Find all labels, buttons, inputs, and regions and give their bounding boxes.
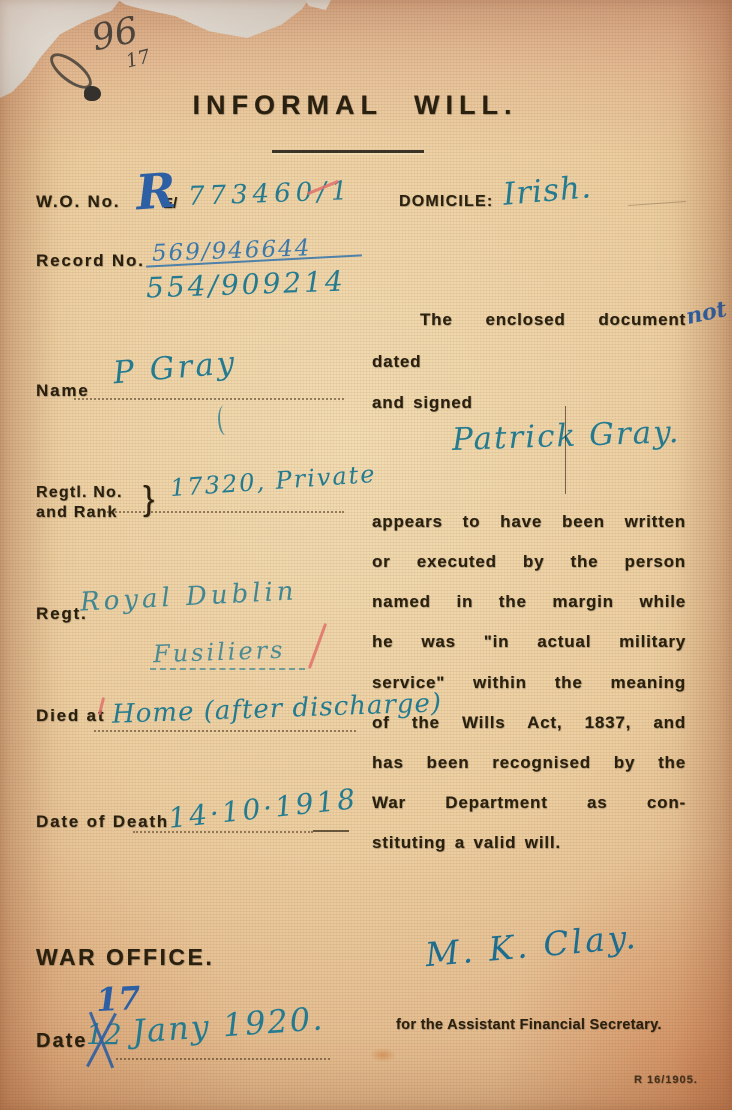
will-paragraph-line: he was "in actual military	[372, 632, 686, 652]
record-no-value: 554/909214	[145, 265, 346, 305]
wo-no-overwrite-letter: R	[134, 163, 178, 222]
pen-flourish	[216, 404, 234, 436]
not-annotation: not	[684, 296, 729, 330]
date-dotted-line	[116, 1058, 330, 1060]
domicile-label: DOMICILE:	[399, 193, 493, 211]
will-paragraph-line: has been recognised by the	[372, 753, 686, 773]
paper-stain	[370, 1048, 396, 1062]
date-of-death-solid-line	[313, 830, 349, 832]
name-dotted-line	[74, 398, 344, 400]
regt-underline	[150, 668, 305, 670]
war-office-heading: WAR OFFICE.	[36, 944, 214, 971]
will-paragraph-line: stituting a valid will.	[372, 833, 686, 853]
wo-no-value: 773460/1	[188, 176, 354, 212]
regtl-label-line1: Regtl. No.	[36, 484, 123, 501]
torn-paper-bit	[305, 0, 331, 10]
official-signature: M. K. Clay.	[424, 917, 640, 974]
regtl-label: Regtl. No. and Rank	[36, 483, 123, 523]
body-line-dated: dated	[372, 352, 686, 372]
page-title: INFORMAL WILL.	[0, 90, 710, 121]
date-of-death-dotted-line	[133, 831, 313, 833]
domicile-value: Irish.	[502, 169, 594, 213]
will-paragraph-line: or executed by the person	[372, 552, 686, 572]
vertical-crease	[565, 406, 566, 494]
will-paragraph-line: appears to have been written	[372, 512, 686, 532]
torn-paper-strip	[118, 0, 308, 40]
faint-pencil-line	[628, 201, 686, 206]
regtl-value: 17320, Private	[169, 460, 377, 502]
record-no-label: Record No.	[36, 251, 145, 271]
form-reference-number: R 16/1905.	[634, 1074, 698, 1086]
regtl-brace: }	[143, 480, 154, 519]
for-assistant-financial-secretary-line: for the Assistant Financial Secretary.	[396, 1016, 662, 1033]
died-at-label: Died at	[36, 706, 105, 726]
title-divider	[272, 150, 424, 153]
will-paragraph-line: War Department as con-	[372, 793, 686, 813]
wo-no-label: W.O. No.	[36, 192, 120, 212]
died-at-dotted-line	[94, 730, 356, 732]
regt-value-line1: Royal Dublin	[79, 576, 298, 617]
pencil-reference-number-sub: 17	[124, 45, 153, 72]
regt-value-line2: Fusiliers	[153, 636, 286, 669]
date-of-death-value: 14·10·1918	[167, 782, 360, 835]
name-value: P Gray	[112, 345, 239, 392]
will-paragraph-line: named in the margin while	[372, 592, 686, 612]
body-line-enclosed: The enclosed document	[372, 310, 686, 330]
informal-will-document: 96 17 INFORMAL WILL. W.O. No. E/ R 77346…	[0, 0, 732, 1110]
testator-signature: Patrick Gray.	[451, 414, 681, 458]
regtl-dotted-line	[104, 511, 344, 513]
date-of-death-label: Date of Death	[36, 812, 169, 832]
body-line-signed: and signed	[372, 393, 686, 413]
red-diagonal-mark	[308, 623, 327, 669]
date-value: Jany 1920.	[131, 999, 326, 1050]
